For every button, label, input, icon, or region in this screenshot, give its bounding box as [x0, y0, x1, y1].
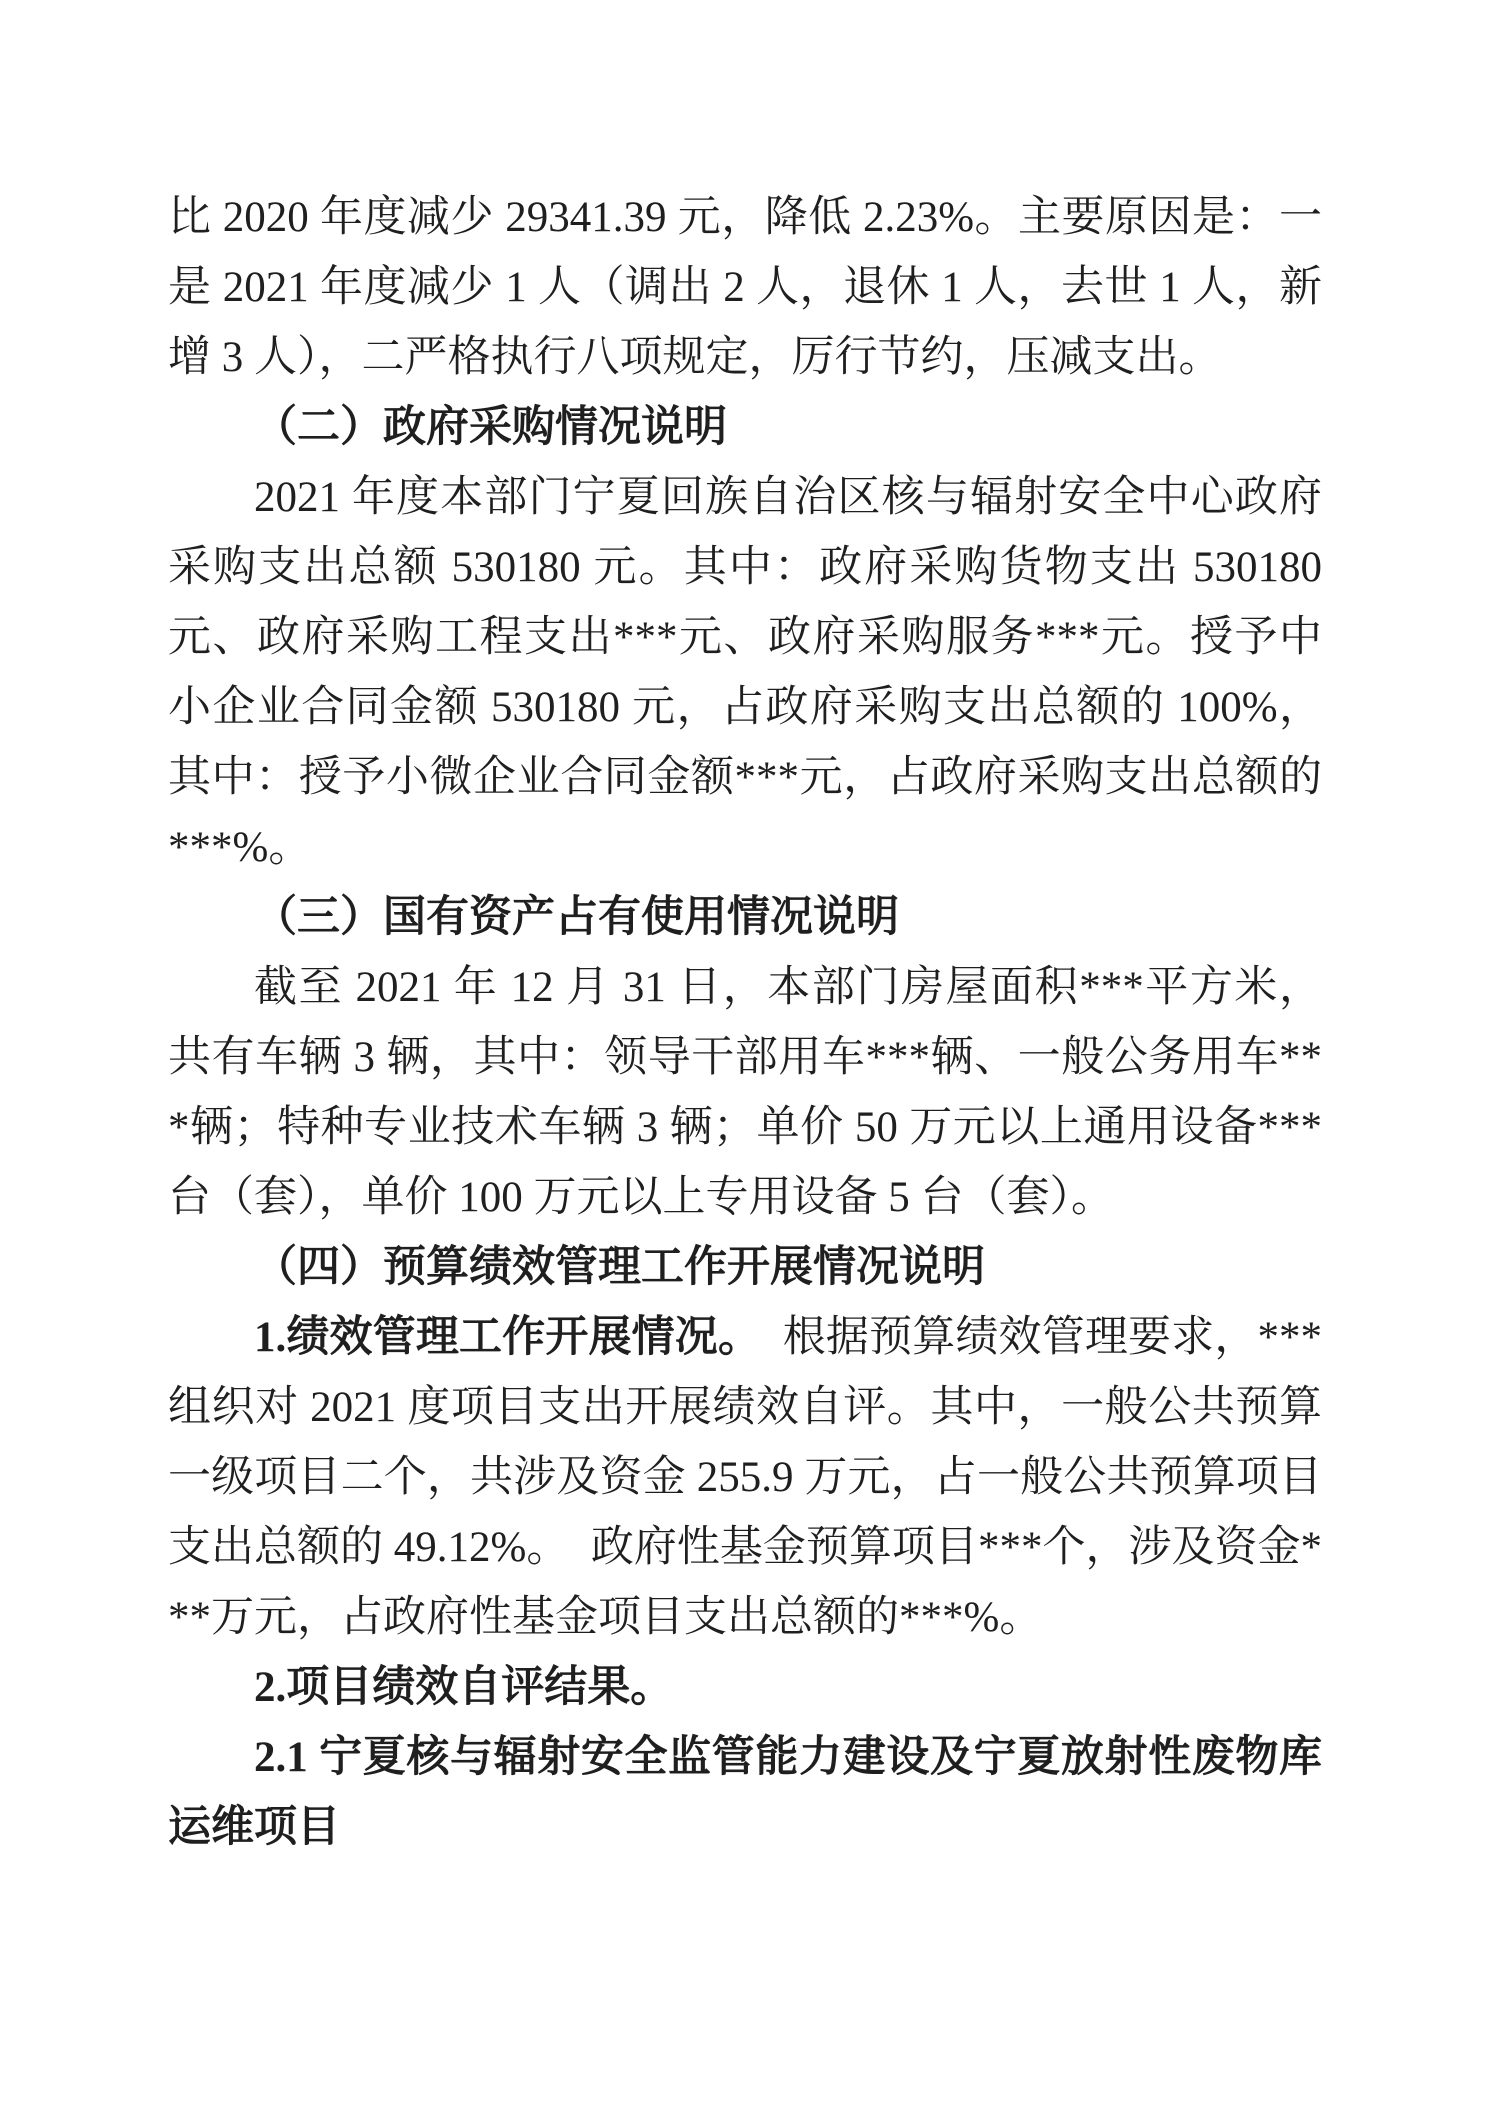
section-heading-3: （三）国有资产占有使用情况说明 — [168, 883, 1322, 953]
continued-paragraph: 比 2020 年度减少 29341.39 元，降低 2.23%。主要原因是：一是… — [168, 183, 1322, 393]
document-body: 比 2020 年度减少 29341.39 元，降低 2.23%。主要原因是：一是… — [168, 183, 1322, 1863]
subheading-project-2-1: 2.1 宁夏核与辐射安全监管能力建设及宁夏放射性废物库运维项目 — [168, 1723, 1322, 1863]
section-heading-2: （二）政府采购情况说明 — [168, 393, 1322, 463]
section-heading-4: （四）预算绩效管理工作开展情况说明 — [168, 1233, 1322, 1303]
performance-management-paragraph: 1.绩效管理工作开展情况。 根据预算绩效管理要求，***组织对 2021 度项目… — [168, 1303, 1322, 1653]
gov-procurement-paragraph: 2021 年度本部门宁夏回族自治区核与辐射安全中心政府采购支出总额 530180… — [168, 463, 1322, 883]
performance-management-paragraph-lead: 1.绩效管理工作开展情况。 — [254, 1314, 740, 1361]
state-assets-paragraph: 截至 2021 年 12 月 31 日，本部门房屋面积***平方米，共有车辆 3… — [168, 953, 1322, 1233]
subheading-self-evaluation: 2.项目绩效自评结果。 — [168, 1653, 1322, 1723]
document-page: 比 2020 年度减少 29341.39 元，降低 2.23%。主要原因是：一是… — [0, 0, 1486, 2103]
